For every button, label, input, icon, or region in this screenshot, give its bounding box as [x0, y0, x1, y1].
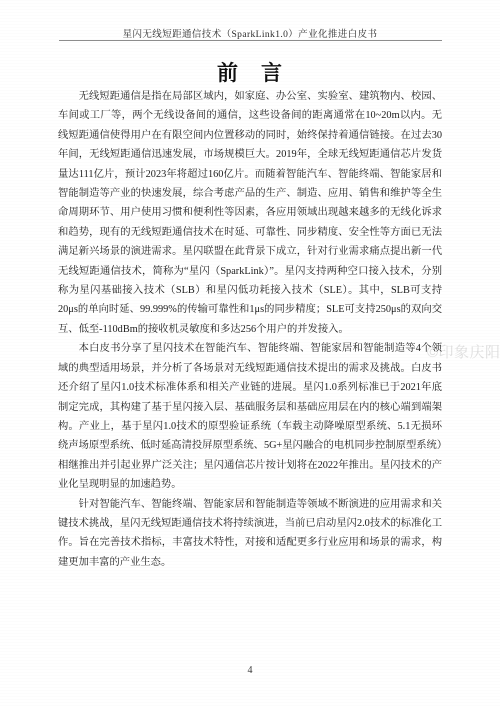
- paragraph-3: 针对智能汽车、智能终端、智能家居和智能制造等领域不断演进的应用需求和关键技术挑战…: [58, 495, 442, 573]
- preface-body: 无线短距通信是指在局部区域内，如家庭、办公室、实验室、建筑物内、校园、车间或工厂…: [58, 87, 442, 572]
- header-divider: [59, 40, 442, 41]
- page-number: 4: [0, 665, 500, 676]
- paragraph-2: 本白皮书分享了星闪技术在智能汽车、智能终端、智能家居和智能制造等4个领域的典型适…: [58, 339, 442, 494]
- paragraph-1: 无线短距通信是指在局部区域内，如家庭、办公室、实验室、建筑物内、校园、车间或工厂…: [58, 87, 442, 339]
- page-title: 前 言: [0, 57, 500, 87]
- document-page: { "header": { "title": "星闪无线短距通信技术（Spark…: [0, 0, 500, 707]
- running-header: 星闪无线短距通信技术（SparkLink1.0）产业化推进白皮书: [58, 26, 442, 40]
